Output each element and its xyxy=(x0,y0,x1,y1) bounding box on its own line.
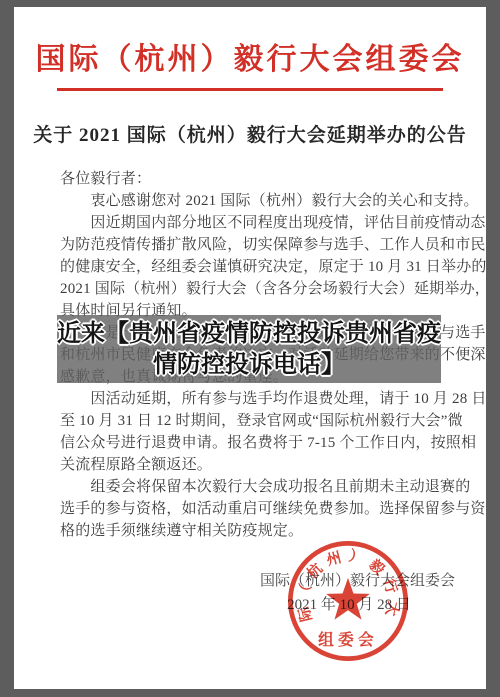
body-line: 衷心感谢您对 2021 国际（杭州）毅行大会的关心和支持。 xyxy=(60,190,460,212)
header-divider xyxy=(57,88,443,91)
seal-star-icon xyxy=(326,578,370,620)
photo-frame-right xyxy=(486,0,500,697)
overlay-caption-band: 近来【贵州省疫情防控投诉贵州省疫 情防控投诉电话】 xyxy=(57,315,441,383)
notice-title: 关于 2021 国际（杭州）毅行大会延期举办的公告 xyxy=(0,120,500,147)
organization-header: 国际（杭州）毅行大会组委会 xyxy=(0,34,500,78)
body-line: 至 10 月 31 日 12 时期间，登录官网或“国际杭州毅行大会”微 xyxy=(60,410,460,432)
body-line: 选手的参与资格，如活动重启可继续免费参加。选择保留参与资 xyxy=(60,498,460,520)
body-line: 各位毅行者： xyxy=(60,168,460,190)
body-line: 为防范疫情传播扩散风险，切实保障参与选手、工作人员和市民 xyxy=(60,234,460,256)
scanned-notice-page: 国际（杭州）毅行大会组委会 关于 2021 国际（杭州）毅行大会延期举办的公告 … xyxy=(0,0,500,697)
seal-bottom-text: 组委会 xyxy=(318,630,378,649)
overlay-caption-line1: 近来【贵州省疫情防控投诉贵州省疫 xyxy=(57,318,441,349)
body-line: 2021 国际（杭州）毅行大会（含各分会场毅行大会）延期举办， xyxy=(60,278,460,300)
body-line: 的健康安全，经组委会谨慎研究决定，原定于 10 月 31 日举办的 xyxy=(60,256,460,278)
body-line: 信公众号进行退费申请。报名费将于 7-15 个工作日内，按照相 xyxy=(60,432,460,454)
overlay-caption-line2: 情防控投诉电话】 xyxy=(153,349,345,380)
photo-frame-top xyxy=(0,0,500,7)
body-line: 因活动延期，所有参与选手均作退费处理，请于 10 月 28 日 xyxy=(60,388,460,410)
official-seal: 国际（杭州）毅行大会 组委会 xyxy=(283,536,413,666)
body-line: 组委会将保留本次毅行大会成功报名且前期未主动退赛的 xyxy=(60,476,460,498)
body-line: 因近期国内部分地区不同程度出现疫情，评估目前疫情动态， xyxy=(60,212,460,234)
body-line: 关流程原路全额返还。 xyxy=(60,454,460,476)
photo-frame-left xyxy=(0,0,14,697)
photo-frame-bottom xyxy=(0,689,500,697)
